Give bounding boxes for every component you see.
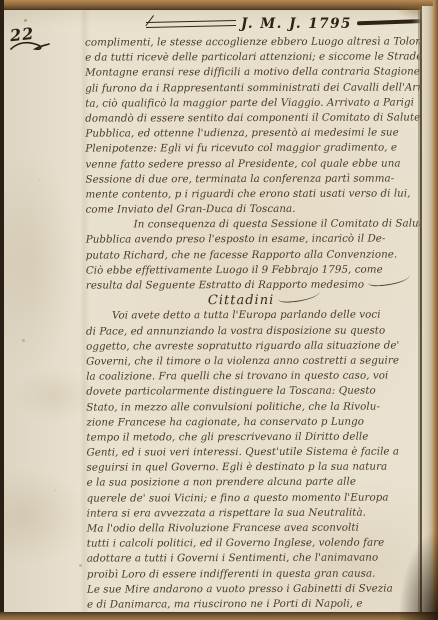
manuscript-line: intera si era avvezzata a rispettare la … bbox=[87, 505, 427, 521]
manuscript-line: venne fatto sedere presso al Presidente,… bbox=[85, 156, 425, 172]
book-edge-right bbox=[433, 0, 438, 620]
manuscript-line: Pubblica, ed ottenne l'udienza, presentò… bbox=[85, 126, 425, 142]
book-edge-bottom bbox=[0, 612, 438, 620]
manuscript-line: Plenipotenze: Egli vi fu ricevuto col ma… bbox=[85, 141, 425, 157]
manuscript-scan: 22 J. M. J. 1795 complimenti, le stesse … bbox=[0, 0, 438, 620]
manuscript-line: Le sue Mire andarono a vuoto presso i Ga… bbox=[87, 581, 427, 597]
paper-specks bbox=[24, 19, 27, 22]
manuscript-line: ta, ciò qualificò la maggior parte del V… bbox=[85, 95, 425, 111]
manuscript-line: In consequenza di questa Sessione il Com… bbox=[86, 217, 426, 233]
manuscript-line: zione Francese ha cagionate, ha conserva… bbox=[86, 414, 426, 430]
header-title: J. M. J. 1795 bbox=[241, 16, 352, 32]
manuscript-line: querele de' suoi Vicini; e fino a questo… bbox=[87, 490, 427, 506]
manuscript-line: Montagne eransi rese difficili a motivo … bbox=[85, 65, 425, 81]
manuscript-line: tutti i calcoli politici, ed il Governo … bbox=[87, 536, 427, 552]
manuscript-line: Governi, che il timore o la violenza ann… bbox=[86, 353, 426, 369]
page-stack-edge bbox=[422, 6, 433, 614]
manuscript-line: putato Richard, che ne facesse Rapporto … bbox=[86, 247, 426, 263]
book-edge-top bbox=[0, 0, 438, 10]
flourish bbox=[368, 274, 411, 287]
page-number: 22 bbox=[9, 24, 35, 45]
manuscript-line: complimenti, le stesse accoglienze ebber… bbox=[85, 34, 425, 50]
manuscript-line: e di Danimarca, ma riuscirono ne i Porti… bbox=[87, 596, 427, 612]
manuscript-line: domandò di essere sentito dai componenti… bbox=[85, 110, 425, 126]
manuscript-line: seguirsi in quel Governo. Egli è destina… bbox=[86, 460, 426, 476]
manuscript-line: Sessione di due ore, terminata la confer… bbox=[85, 171, 425, 187]
manuscript-line: tempo il metodo, che gli prescrivevano i… bbox=[86, 429, 426, 445]
flourish bbox=[278, 291, 321, 304]
manuscript-line: come Inviato del Gran-Duca di Toscana. bbox=[86, 201, 426, 217]
manuscript-line: Pubblica avendo preso l'esposto in esame… bbox=[86, 232, 426, 248]
manuscript-line: gli furono da i Rappresentanti somminist… bbox=[85, 80, 425, 96]
shadow-bottom-right bbox=[398, 530, 438, 620]
manuscript-line: e la sua posizione a non prendere alcuna… bbox=[87, 475, 427, 491]
manuscript-line: Ma l'odio della Rivoluzione Francese ave… bbox=[87, 520, 427, 536]
manuscript-line: la coalizione. Fra quelli che si trovano… bbox=[86, 369, 426, 385]
page-number-block: 22 bbox=[10, 25, 50, 52]
manuscript-line: di Pace, ed annunziando la vostra dispos… bbox=[86, 323, 426, 339]
manuscript-line: proibì Loro di essere indifferenti in qu… bbox=[87, 566, 427, 582]
manuscript-line: oggetto, che avreste sopratutto riguardo… bbox=[86, 338, 426, 354]
book-edge-left bbox=[0, 0, 4, 620]
manuscript-line: e da tutti ricevè delle particolari atte… bbox=[85, 50, 425, 66]
section-heading: Cittadini bbox=[86, 293, 426, 309]
page-header: J. M. J. 1795 bbox=[146, 13, 433, 35]
manuscript-line: Genti, ed i suoi veri interessi. Quest'u… bbox=[86, 444, 426, 460]
header-rule-left bbox=[146, 20, 236, 28]
manuscript-line: mente contento, p i riguardi che erono s… bbox=[86, 186, 426, 202]
manuscript-text: complimenti, le stesse accoglienze ebber… bbox=[85, 34, 427, 612]
manuscript-line: dovete particolarmente distinguere la To… bbox=[86, 384, 426, 400]
manuscript-line: resulta dal Seguente Estratto di Rapport… bbox=[86, 277, 426, 293]
manuscript-line: Voi avete detto a tutta l'Europa parland… bbox=[86, 308, 426, 324]
manuscript-line: Stato, in mezzo alle convulsioni politic… bbox=[86, 399, 426, 415]
manuscript-line: adottare a tutti i Governi i Sentimenti,… bbox=[87, 551, 427, 567]
manuscript-page: 22 J. M. J. 1795 complimenti, le stesse … bbox=[4, 9, 420, 613]
